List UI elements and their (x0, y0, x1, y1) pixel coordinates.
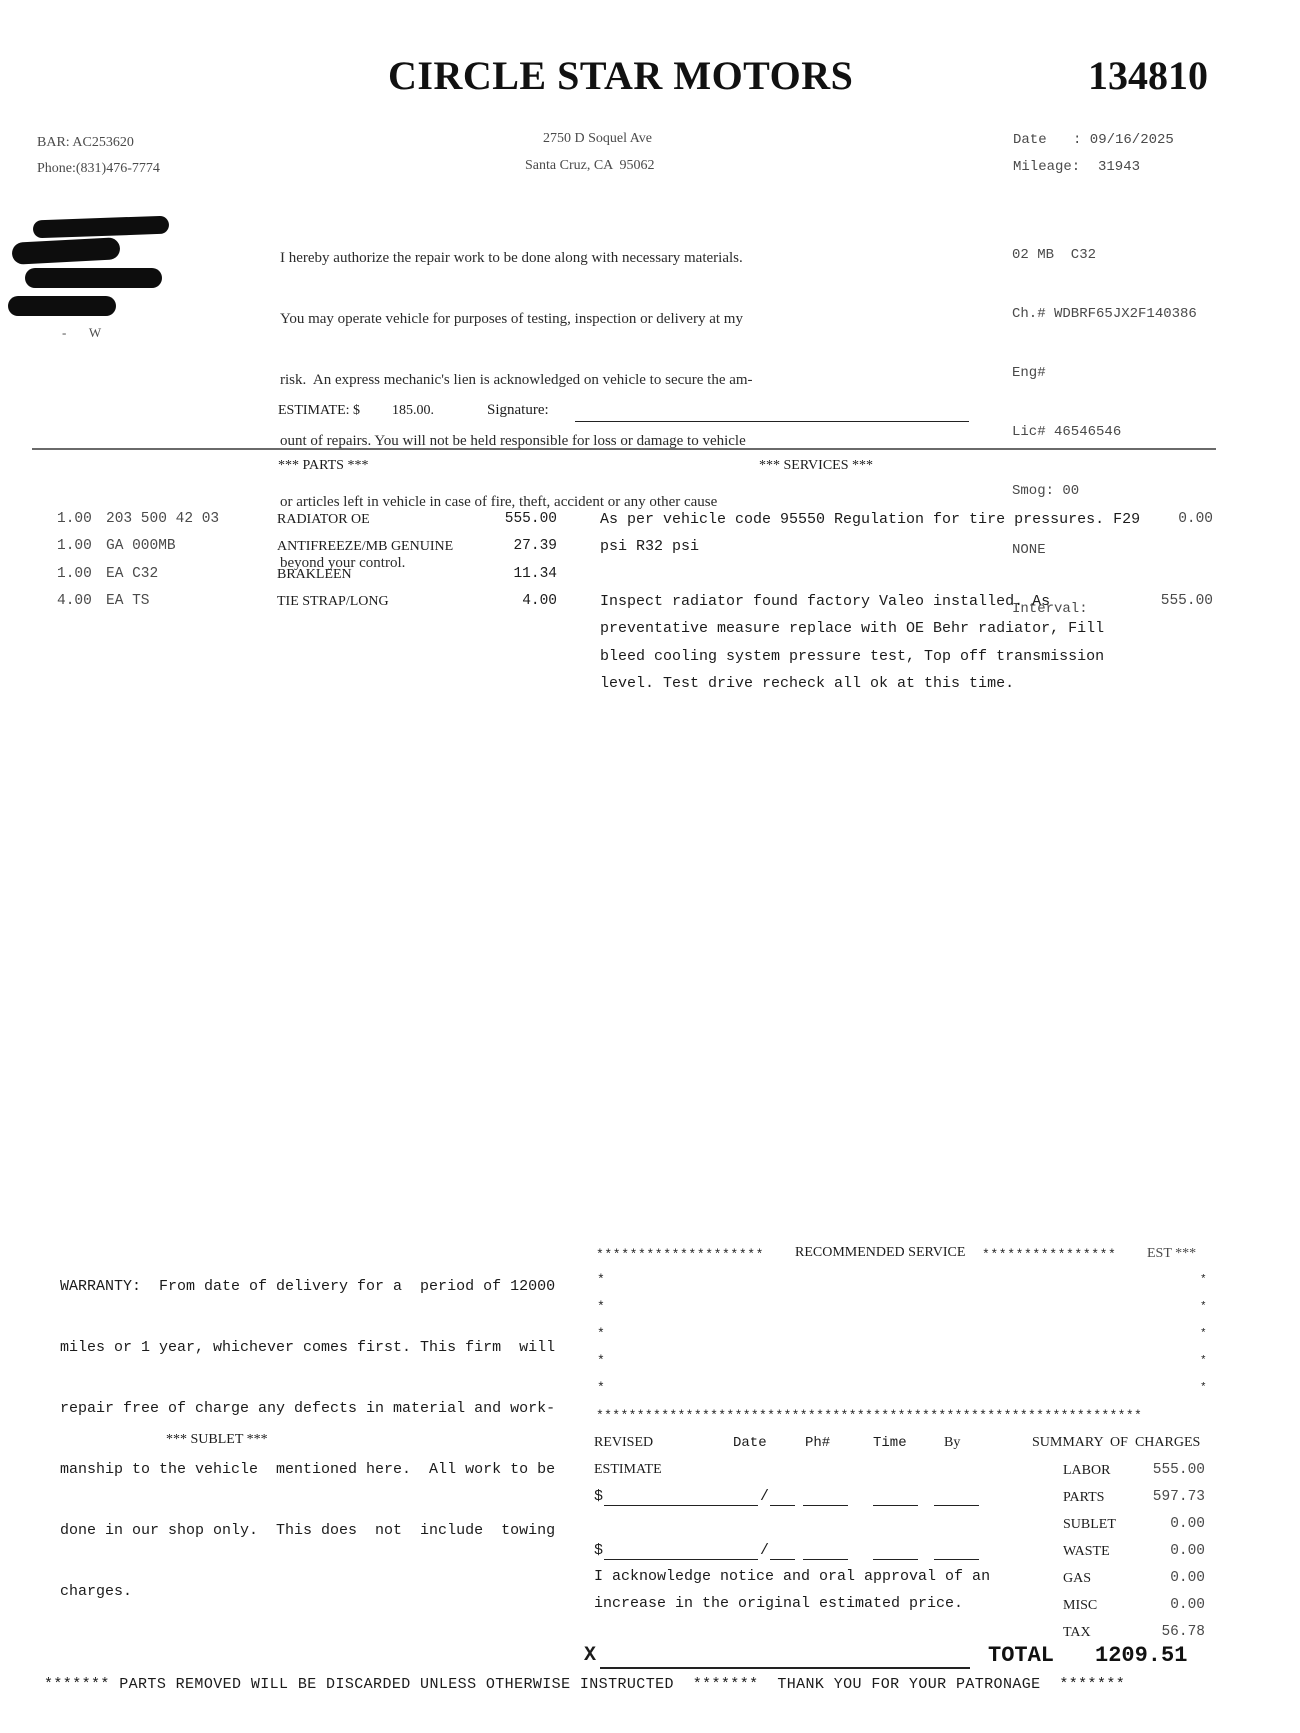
mileage-label: Mileage: (1013, 159, 1080, 175)
revised-amount-field[interactable] (604, 1505, 758, 1506)
rec-bottom-border: ****************************************… (596, 1408, 1142, 1423)
mileage-value: 31943 (1098, 159, 1140, 175)
summary-value-labor: 555.00 (1120, 1457, 1205, 1484)
total-value: 1209.51 (1095, 1643, 1187, 1668)
part-description: RADIATOR OE (277, 506, 370, 533)
date-label: Date (1013, 132, 1047, 148)
redaction-bar (33, 216, 170, 239)
warranty-text: WARRANTY: From date of delivery for a pe… (60, 1239, 555, 1622)
part-amount: 27.39 (480, 533, 557, 560)
parts-heading: *** PARTS *** (278, 458, 368, 474)
revised-ph-field[interactable] (803, 1559, 848, 1560)
part-qty: 1.00 (57, 561, 92, 588)
service-line: preventative measure replace with OE Beh… (600, 615, 1104, 642)
summary-heading: SUMMARY OF CHARGES (1032, 1435, 1200, 1451)
summary-label-gas: GAS (1063, 1565, 1091, 1592)
part-code: GA 000MB (106, 533, 176, 560)
total-label: TOTAL (988, 1643, 1054, 1668)
dollar-sign: $ (594, 1488, 603, 1505)
part-code: EA C32 (106, 561, 158, 588)
summary-label-labor: LABOR (1063, 1457, 1110, 1484)
part-amount: 555.00 (480, 506, 557, 533)
rec-row-marker: * (597, 1353, 605, 1368)
part-qty: 1.00 (57, 533, 92, 560)
service-line: Inspect radiator found factory Valeo ins… (600, 588, 1050, 615)
customer-signature-line[interactable] (600, 1667, 970, 1669)
summary-label-waste: WASTE (1063, 1538, 1110, 1565)
part-qty: 4.00 (57, 588, 92, 615)
warranty-line: WARRANTY: From date of delivery for a pe… (60, 1273, 555, 1300)
footer-notice: ******* PARTS REMOVED WILL BE DISCARDED … (44, 1676, 1125, 1693)
customer-trailing-text: - W (62, 325, 101, 341)
estimate-value: 185.00. (392, 403, 434, 419)
warranty-line: manship to the vehicle mentioned here. A… (60, 1456, 555, 1483)
redaction-bar (11, 237, 120, 265)
warranty-line: repair free of charge any defects in mat… (60, 1395, 555, 1422)
rec-header-stars-right: **************** (982, 1247, 1116, 1262)
rec-row-marker: * (597, 1326, 605, 1341)
revised-time-field[interactable] (873, 1559, 918, 1560)
revised-date-field[interactable] (770, 1559, 795, 1560)
rec-row-marker: * (1200, 1382, 1207, 1394)
revised-time-field[interactable] (873, 1505, 918, 1506)
warranty-line: miles or 1 year, whichever comes first. … (60, 1334, 555, 1361)
redaction-bar (8, 296, 116, 316)
part-code: 203 500 42 03 (106, 506, 219, 533)
revised-amount-field[interactable] (604, 1559, 758, 1560)
estimate-label-2: ESTIMATE (594, 1462, 662, 1478)
revised-label: REVISED (594, 1435, 653, 1451)
rec-row-marker: * (1200, 1274, 1207, 1286)
vehicle-chassis: Ch.# WDBRF65JX2F140386 (1012, 301, 1197, 328)
rec-row-marker: * (597, 1299, 605, 1314)
date-slash: / (760, 1488, 769, 1505)
warranty-line: charges. (60, 1578, 555, 1605)
service-line: psi R32 psi (600, 533, 699, 560)
summary-label-sublet: SUBLET (1063, 1511, 1116, 1538)
shop-address-line2: Santa Cruz, CA 95062 (525, 158, 655, 174)
summary-value-gas: 0.00 (1120, 1565, 1205, 1592)
revised-ph-field[interactable] (803, 1505, 848, 1506)
authorization-line: risk. An express mechanic's lien is ackn… (280, 367, 753, 394)
summary-value-tax: 56.78 (1120, 1619, 1205, 1646)
bar-number: BAR: AC253620 (37, 135, 134, 151)
rec-row-marker: * (597, 1272, 605, 1287)
col-time: Time (873, 1435, 907, 1451)
company-name: CIRCLE STAR MOTORS (388, 52, 853, 99)
signature-line[interactable] (575, 421, 969, 422)
date-value: : 09/16/2025 (1073, 132, 1174, 148)
rec-header-stars-left: ******************** (596, 1247, 764, 1262)
summary-value-parts: 597.73 (1120, 1484, 1205, 1511)
part-code: EA TS (106, 588, 150, 615)
summary-label-parts: PARTS (1063, 1484, 1104, 1511)
dollar-sign: $ (594, 1542, 603, 1559)
revised-date-field[interactable] (770, 1505, 795, 1506)
vehicle-license: Lic# 46546546 (1012, 419, 1197, 446)
services-heading: *** SERVICES *** (759, 458, 873, 474)
rec-row-marker: * (1200, 1301, 1207, 1313)
part-amount: 11.34 (480, 561, 557, 588)
col-date: Date (733, 1435, 767, 1451)
vehicle-note: NONE (1012, 537, 1197, 564)
part-qty: 1.00 (57, 506, 92, 533)
sublet-heading: *** SUBLET *** (166, 1432, 268, 1448)
col-by: By (944, 1435, 960, 1451)
service-amount: 555.00 (1130, 588, 1213, 615)
revised-by-field[interactable] (934, 1505, 979, 1506)
part-description: ANTIFREEZE/MB GENUINE (277, 533, 453, 560)
rec-row-marker: * (597, 1380, 605, 1395)
summary-label-tax: TAX (1063, 1619, 1091, 1646)
vehicle-engine: Eng# (1012, 360, 1197, 387)
authorization-line: I hereby authorize the repair work to be… (280, 245, 753, 272)
summary-value-misc: 0.00 (1120, 1592, 1205, 1619)
redaction-bar (25, 268, 162, 288)
acknowledge-line: increase in the original estimated price… (594, 1595, 963, 1612)
recommended-service-heading: RECOMMENDED SERVICE (795, 1245, 965, 1261)
service-line: bleed cooling system pressure test, Top … (600, 643, 1104, 670)
authorization-line: ount of repairs. You will not be held re… (280, 428, 753, 455)
col-ph: Ph# (805, 1435, 830, 1451)
vehicle-smog: Smog: 00 (1012, 478, 1197, 505)
signature-x: X (584, 1644, 596, 1667)
shop-address-line1: 2750 D Soquel Ave (543, 131, 652, 147)
vehicle-info: 02 MB C32 Ch.# WDBRF65JX2F140386 Eng# Li… (1012, 210, 1197, 639)
service-line: level. Test drive recheck all ok at this… (600, 670, 1014, 697)
signature-label: Signature: (487, 402, 549, 419)
acknowledge-line: I acknowledge notice and oral approval o… (594, 1568, 990, 1585)
vehicle-model: 02 MB C32 (1012, 242, 1197, 269)
shop-phone: Phone:(831)476-7774 (37, 161, 160, 177)
revised-by-field[interactable] (934, 1559, 979, 1560)
rec-row-marker: * (1200, 1355, 1207, 1367)
date-slash: / (760, 1542, 769, 1559)
rec-est-label: EST *** (1147, 1246, 1196, 1262)
part-amount: 4.00 (480, 588, 557, 615)
part-description: BRAKLEEN (277, 561, 352, 588)
summary-value-sublet: 0.00 (1120, 1511, 1205, 1538)
section-divider (32, 448, 1216, 450)
service-amount: 0.00 (1130, 506, 1213, 533)
warranty-line: done in our shop only. This does not inc… (60, 1517, 555, 1544)
invoice-number: 134810 (1088, 52, 1208, 99)
authorization-line: You may operate vehicle for purposes of … (280, 306, 753, 333)
summary-value-waste: 0.00 (1120, 1538, 1205, 1565)
estimate-label: ESTIMATE: $ (278, 403, 360, 419)
service-line: As per vehicle code 95550 Regulation for… (600, 506, 1140, 533)
summary-label-misc: MISC (1063, 1592, 1097, 1619)
part-description: TIE STRAP/LONG (277, 588, 389, 615)
rec-row-marker: * (1200, 1328, 1207, 1340)
